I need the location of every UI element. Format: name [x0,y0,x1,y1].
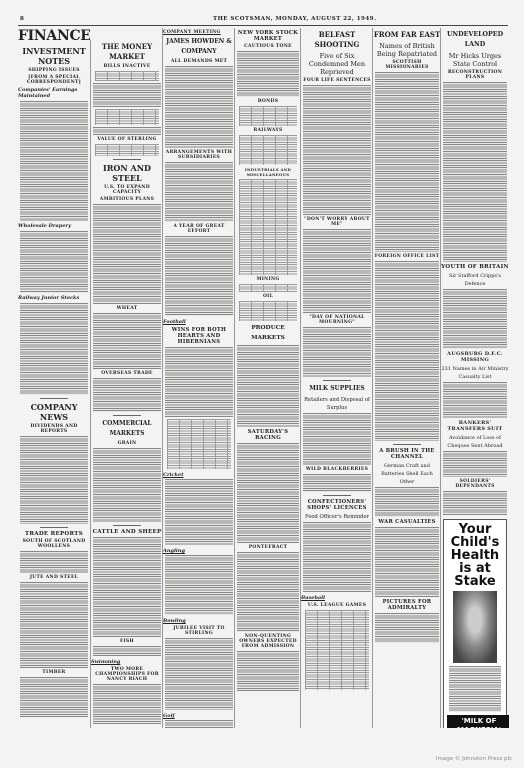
headline-youth: YOUTH OF BRITAIN [441,264,509,270]
subhead-jute-steel: JUTE AND STEEL [18,575,90,580]
table-title-railways: RAILWAYS [235,128,301,133]
article-text [93,204,161,304]
oil-table [239,301,297,321]
headline-money-market: THE MONEY MARKET [91,42,163,62]
article-text [165,66,233,148]
subhead-pontefract: PONTEFRACT [235,545,301,550]
section-bowling: Bowling [163,618,235,624]
headline-cattle-sheep: CATTLE AND SHEEP [91,529,163,535]
article-text [20,582,88,668]
divider [113,159,142,160]
subhead-sterling: VALUE OF STERLING [91,137,163,142]
quote-dont-worry: "DON'T WORRY ABOUT ME" [301,217,373,227]
column-belfast: BELFAST SHOOTING Five of Six Condemned M… [300,28,373,728]
brand-badge: 'MILK OF MAGNESIA' [447,715,509,728]
newspaper-page: 8 THE SCOTSMAN, MONDAY, AUGUST 22, 1949.… [18,12,508,736]
section-swimming: Swimming [91,659,163,665]
subhead-cripps: Sir Stafford Cripps's Defence [441,272,509,288]
article-text [303,327,371,377]
subhead-ambitious: AMBITIOUS PLANS [91,197,163,202]
crosshead-railway: Railway Junior Stocks [18,295,90,301]
headline-hearts-hibs: WINS FOR BOTH HEARTS AND HIBERNIANS [163,327,235,345]
divider [393,444,420,445]
subhead-woollens: SOUTH OF SCOTLAND WOOLLENS [18,539,90,549]
subhead-repatriated: Names of British Being Repatriated [373,42,441,58]
article-text [375,613,439,643]
article-text [165,347,233,417]
subhead-life-sentences: FOUR LIFE SENTENCES [301,78,373,83]
article-text [443,382,507,418]
ad-headline-3: is at Stake [447,562,503,588]
section-angling: Angling [163,548,235,554]
rates-table [95,109,159,125]
headline-augsburg: AUGSBURG D.F.C. MISSING [441,351,509,363]
divider [40,398,69,399]
article-text [93,537,161,637]
article-text [20,101,88,221]
article-text [93,448,161,522]
subhead-food-officer: Food Officer's Reminder [301,513,373,521]
table-title-oil: OIL [235,294,301,299]
column-howden: COMPANY MEETING JAMES HOWDEN & COMPANY A… [162,28,235,728]
advertisement-milk-of-magnesia: Your Child's Health is at Stake 'MILK OF… [443,519,507,728]
results-table [167,419,231,469]
masthead-rule [18,25,508,26]
headline-trade-reports: TRADE REPORTS [18,531,90,537]
column-money-market: THE MONEY MARKET BILLS INACTIVE VALUE OF… [90,40,163,728]
article-text [93,83,161,107]
article-text [303,229,371,313]
headline-channel: A BRUSH IN THE CHANNEL [373,448,441,460]
headline-howden: JAMES HOWDEN & COMPANY [163,37,235,57]
headline-company-news: COMPANY NEWS [18,402,90,422]
headline-swimming: TWO MORE CHAMPIONSHIPS FOR NANCY RIACH [91,667,163,682]
article-text [165,479,233,545]
rates-table [95,71,159,81]
section-cricket: Cricket [163,472,235,478]
article-text [165,720,233,728]
quote-mourning: "DAY OF NATIONAL MOURNING" [301,315,373,325]
brand-line-1: 'MILK OF [449,717,509,726]
ad-headline-1: Your Child's [447,523,503,549]
league-table [305,610,369,690]
subhead-missionaries: SCOTTISH MISSIONARIES [373,60,441,70]
subhead-grain: GRAIN [91,441,163,446]
divider [323,495,352,496]
article-text [303,522,371,592]
newspaper-dateline: THE SCOTSMAN, MONDAY, AUGUST 22, 1949. [213,16,376,22]
article-text [93,127,161,135]
subhead-overseas: OVERSEAS TRADE [91,371,163,376]
subhead-casualty-list: 231 Names in Air Ministry Casualty List [441,365,509,381]
image-credit: Image © Johnston Press plc [436,756,512,762]
headline-commercial-markets: COMMERCIAL MARKETS [91,419,163,439]
brand-line-2: MAGNESIA' [449,726,509,728]
subhead-subsidiaries: ARRANGEMENTS WITH SUBSIDIARIES [163,150,235,160]
racing-results [237,443,299,543]
subhead-blackberries: WILD BLACKBERRIES [301,467,373,472]
headline-admiralty: PICTURES FOR ADMIRALTY [373,599,441,611]
article-text [375,527,439,597]
masthead: 8 THE SCOTSMAN, MONDAY, AUGUST 22, 1949. [18,12,508,26]
column-undeveloped: UNDEVELOPED LAND Mr Hicks Urges State Co… [440,28,509,728]
subhead-bills: BILLS INACTIVE [91,64,163,69]
article-text [443,82,507,262]
table-title-mining: MINING [235,277,301,282]
headline-owners: NON-QUENTING OWNERS EXPECTED FROM ADMISS… [235,634,301,649]
subhead-hicks: Mr Hicks Urges State Control [441,52,509,68]
subhead-timber: TIMBER [18,670,90,675]
article-text [375,72,439,252]
crosshead-earnings: Companies' Earnings Maintained [18,87,90,99]
article-text [165,162,233,222]
article-text [20,303,88,395]
article-text [375,487,439,517]
headline-us-league: U.S. LEAGUE GAMES [301,603,373,608]
table-title-industrials: INDUSTRIALS AND MISCELLANEOUS [235,167,301,177]
racing-results [237,552,299,632]
crosshead-drapery: Wholesale Drapery [18,223,90,229]
byline: [FROM A SPECIAL CORRESPONDENT] [18,75,90,85]
page-number: 8 [20,16,24,22]
article-text [165,555,233,615]
headline-far-east: FROM FAR EAST [373,30,441,40]
article-text [20,551,88,573]
headline-investment-notes: INVESTMENT NOTES [18,46,90,66]
railways-table [239,135,297,165]
mining-table [239,284,297,292]
headline-soldiers: SOLDIERS' DEPENDANTS [441,479,509,489]
sterling-table [95,144,159,156]
bonds-table [239,106,297,126]
article-text [165,236,233,316]
subhead-great-effort: A YEAR OF GREAT EFFORT [163,224,235,234]
section-football: Football [163,319,235,325]
article-text [237,651,299,691]
headline-bankers: BANKERS' TRANSFERS SUIT [441,420,509,432]
article-text [443,289,507,349]
subhead-foreign-office: FOREIGN OFFICE LIST [373,254,441,259]
column-stock-market: NEW YORK STOCK MARKET CAUTIOUS TONE BOND… [234,28,301,728]
article-text [93,313,161,369]
section-baseball: Baseball [301,595,373,601]
subhead-retailers: Retailers and Disposal of Surplus [301,396,373,412]
divider [113,525,142,526]
subhead-cheques: Avoidance of Loss of Cheques Sent Abroad [441,434,509,450]
article-text [93,684,161,724]
headline-milk-supplies: MILK SUPPLIES [301,384,373,394]
column-investment: FINANCE AND COMMERCE INVESTMENT NOTES SH… [18,28,90,728]
headline-new-york: NEW YORK STOCK MARKET [235,30,301,42]
headline-iron-steel: IRON AND STEEL [91,163,163,183]
article-text [303,85,371,215]
table-title-bonds: BONDS [235,99,301,104]
article-text [20,677,88,717]
subhead-shipping: SHIPPING ISSUES [18,68,90,73]
article-text [93,646,161,656]
headline-jubilee: JUBILEE VISIT TO STIRLING [163,626,235,636]
headline-undeveloped-land: UNDEVELOPED LAND [441,30,509,50]
column-far-east: FROM FAR EAST Names of British Being Rep… [372,28,441,728]
subhead-fish: FISH [91,639,163,644]
subhead-dividends: DIVIDENDS AND REPORTS [18,424,90,434]
article-text [443,491,507,515]
divider [323,380,352,381]
headline-confectioners: CONFECTIONERS' SHOPS' LICENCES [301,499,373,511]
article-text [20,231,88,293]
article-text [93,378,161,412]
names-list [375,261,439,441]
subhead-us-capacity: U.S. TO EXPAND CAPACITY [91,185,163,195]
industrials-table [239,179,297,275]
section-banner: FINANCE AND COMMERCE [18,28,90,44]
child-photo [453,591,497,663]
divider [113,415,142,416]
subhead-demands: ALL DEMANDS MET [163,59,235,64]
article-text [237,345,299,427]
subhead-reprieved: Five of Six Condemned Men Reprieved [301,52,373,76]
article-text [303,474,371,492]
subhead-german-craft: German Craft and Batteries Shell Each Ot… [373,462,441,486]
headline-belfast: BELFAST SHOOTING [301,30,373,50]
article-text [20,436,88,524]
article-text [303,413,371,465]
section-golf: Golf [163,713,235,719]
subhead-cautious: CAUTIOUS TONE [235,44,301,49]
article-text [443,451,507,477]
article-text [237,51,299,97]
ad-body-text [449,666,501,712]
divider [40,527,69,528]
headline-produce-markets: PRODUCE MARKETS [235,323,301,343]
subhead-reconstruction: RECONSTRUCTION PLANS [441,70,509,80]
article-text [165,638,233,710]
headline-racing: SATURDAY'S RACING [235,429,301,441]
label-company-meeting: COMPANY MEETING [163,30,235,35]
headline-war-casualties: WAR CASUALTIES [373,519,441,525]
subhead-wheat: WHEAT [91,306,163,311]
